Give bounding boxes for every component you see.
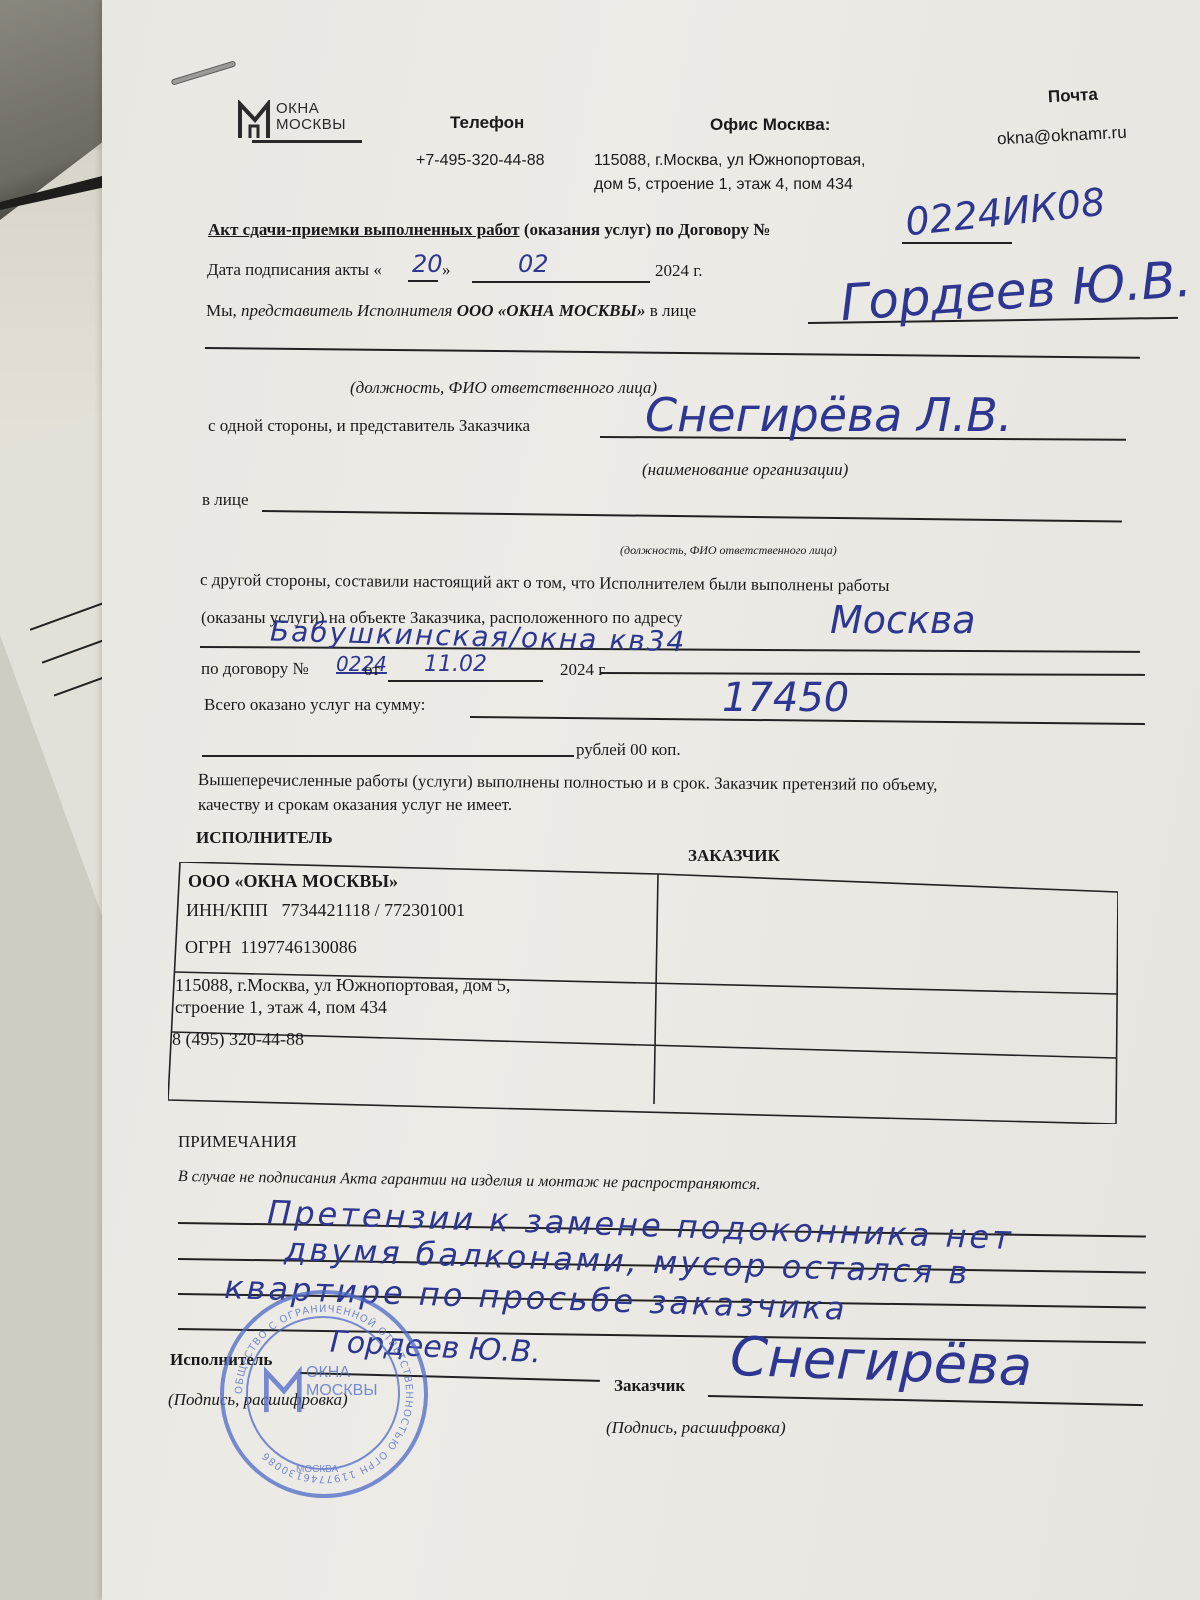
date-label: Дата подписания акты « — [207, 260, 382, 279]
customer-signature-handwritten: Снегирёва — [729, 1325, 1033, 1399]
phone-label: Телефон — [450, 113, 524, 133]
office-address-line1: 115088, г.Москва, ул Южнопортовая, — [594, 152, 865, 170]
caption-org-name: (наименование организации) — [642, 460, 848, 480]
executor-address-line1: 115088, г.Москва, ул Южнопортовая, дом 5… — [175, 975, 510, 996]
date-year: 2024 г. — [655, 261, 703, 281]
company-stamp: ОБЩЕСТВО С ОГРАНИЧЕННОЙ ОТВЕТСТВЕННОСТЬЮ… — [220, 1290, 428, 1498]
act-title: Акт сдачи-приемки выполненных работ — [208, 220, 520, 239]
caption-position-fio: (должность, ФИО ответственного лица) — [350, 378, 657, 398]
customer-signature-caption: (Подпись, расшифровка) — [606, 1418, 786, 1438]
contract-ref-label: по договору № — [201, 659, 309, 679]
executor-phone: 8 (495) 320-44-88 — [172, 1029, 304, 1050]
executor-ogrn-label: ОГРН — [185, 937, 231, 957]
mail-label: Почта — [1048, 85, 1099, 108]
contract-ref-year: 2024 г — [560, 660, 605, 680]
executor-inn-kpp-value: 7734421118 / 772301001 — [282, 900, 466, 920]
one-side-label: с одной стороны, и представитель Заказчи… — [208, 416, 530, 436]
executor-company: ООО «ОКНА МОСКВЫ» — [188, 871, 398, 892]
completion-text-line2: качеству и срокам оказания услуг не имее… — [198, 795, 512, 815]
stamp-logo-icon — [264, 1366, 304, 1416]
office-address-line2: дом 5, строение 1, этаж 4, пом 434 — [594, 176, 853, 194]
stamp-logo-line1: ОКНА — [306, 1364, 377, 1382]
stamp-city: МОСКВА — [296, 1464, 338, 1475]
we-italic: представитель Исполнителя — [241, 301, 452, 320]
date-month-handwritten: 02 — [518, 250, 549, 278]
company-logo: ОКНАМОСКВЫ — [238, 100, 368, 146]
stamp-logo-line2: МОСКВЫ — [306, 1382, 377, 1400]
executor-inn-kpp-label: ИНН/КПП — [186, 900, 268, 920]
executor-heading: ИСПОЛНИТЕЛЬ — [196, 828, 333, 848]
office-label: Офис Москва: — [710, 115, 830, 135]
logo-m-icon — [238, 100, 272, 140]
total-label: Всего оказано услуг на сумму: — [204, 695, 425, 715]
caption-position-fio-small: (должность, ФИО ответственного лица) — [620, 543, 837, 558]
we-suffix: в лице — [650, 301, 697, 320]
address-handwritten-city: Москва — [830, 598, 976, 642]
executor-ogrn-value: 1197746130086 — [240, 937, 356, 957]
contract-ref-from: от — [364, 660, 380, 680]
executor-address-line2: строение 1, этаж 4, пом 434 — [175, 997, 387, 1018]
notes-heading: ПРИМЕЧАНИЯ — [178, 1132, 297, 1152]
contract-ref-date-handwritten: 11.02 — [424, 652, 487, 677]
rubles-suffix: рублей 00 коп. — [576, 740, 681, 760]
total-handwritten: 17450 — [722, 675, 849, 721]
customer-rep-handwritten: Снегирёва Л.В. — [645, 388, 1012, 442]
date-quote-close: » — [442, 260, 451, 280]
in-person-label: в лице — [202, 490, 249, 510]
date-day-handwritten: 20 — [412, 250, 443, 278]
phone-value: +7-495-320-44-88 — [416, 152, 545, 170]
customer-signature-label: Заказчик — [614, 1376, 685, 1396]
executor-company: ООО «ОКНА МОСКВЫ» — [457, 301, 646, 320]
act-title-rest: (оказания услуг) по Договору № — [524, 220, 771, 239]
we-prefix: Мы, — [206, 301, 237, 320]
logo-text-line1: ОКНА — [276, 101, 346, 117]
logo-text-line2: МОСКВЫ — [276, 117, 346, 133]
